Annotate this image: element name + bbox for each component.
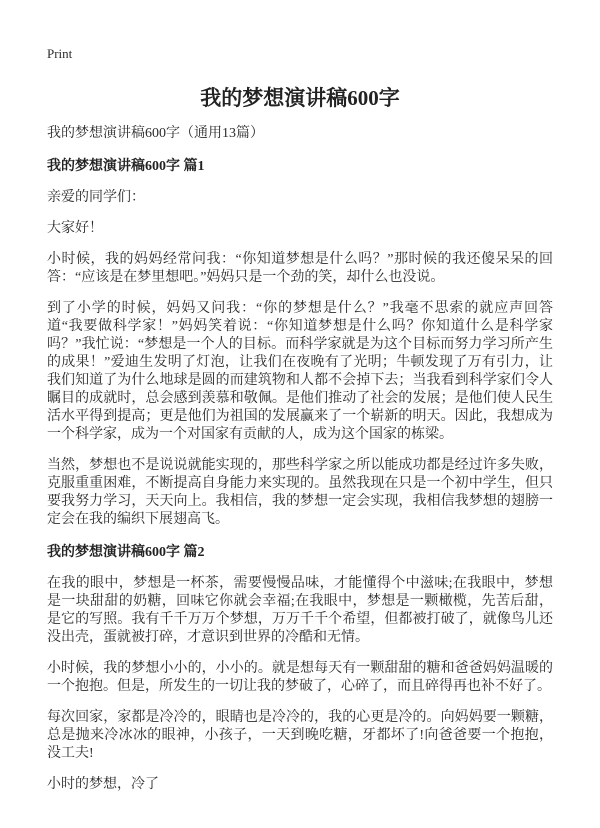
section-2-paragraph: 小时的梦想，冷了 bbox=[47, 776, 553, 794]
section-1-paragraph: 当然，梦想也不是说说就能实现的，那些科学家之所以能成功都是经过许多失败，克服重重… bbox=[47, 457, 553, 529]
section-1-greeting: 大家好！ bbox=[47, 220, 553, 238]
section-1-paragraph: 到了小学的时候，妈妈又问我：“你的梦想是什么？”我毫不思索的就应声回答道“我要做… bbox=[47, 300, 553, 444]
print-link[interactable]: Print bbox=[47, 47, 72, 60]
section-2-paragraph: 在我的眼中，梦想是一杯茶，需要慢慢品味，才能懂得个中滋味;在我眼中，梦想是一块甜… bbox=[47, 575, 553, 647]
section-1-paragraph: 小时候，我的妈妈经常问我：“你知道梦想是什么吗？”那时候的我还傻呆呆的回答：“应… bbox=[47, 251, 553, 287]
section-1-salutation: 亲爱的同学们： bbox=[47, 189, 553, 207]
section-1-heading: 我的梦想演讲稿600字 篇1 bbox=[47, 158, 553, 176]
section-2-heading: 我的梦想演讲稿600字 篇2 bbox=[47, 544, 553, 562]
section-2-paragraph: 小时候，我的梦想小小的，小小的。就是想每天有一颗甜甜的糖和爸爸妈妈温暖的一个抱抱… bbox=[47, 660, 553, 696]
article-subtitle: 我的梦想演讲稿600字（通用13篇） bbox=[47, 125, 553, 143]
document-page: Print 我的梦想演讲稿600字 我的梦想演讲稿600字（通用13篇） 我的梦… bbox=[0, 0, 600, 794]
page-title: 我的梦想演讲稿600字 bbox=[47, 86, 553, 110]
section-2-paragraph: 每次回家，家都是冷冷的，眼睛也是冷冷的，我的心更是冷的。向妈妈要一颗糖，总是抛来… bbox=[47, 709, 553, 763]
